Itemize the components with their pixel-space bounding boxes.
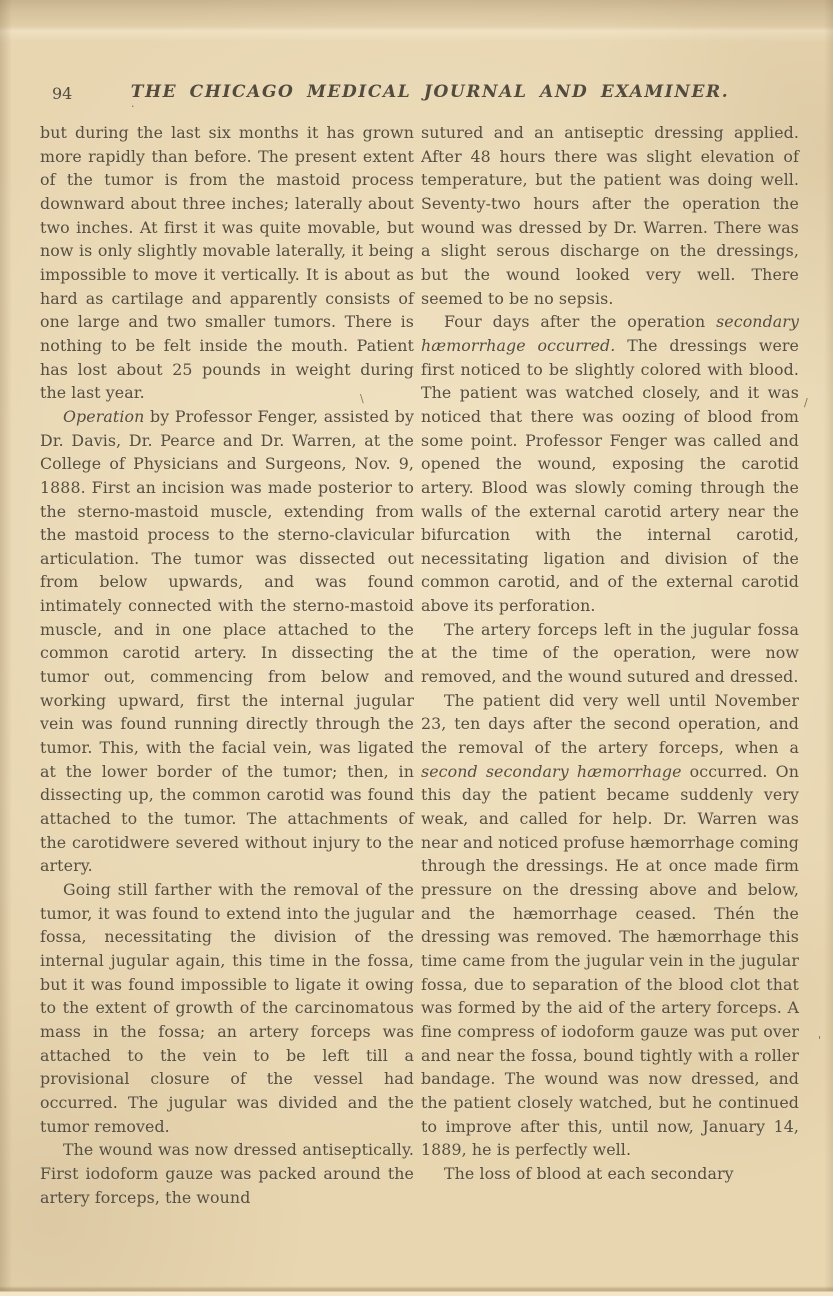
page-header: 94 THE CHICAGO MEDICAL JOURNAL AND EXAMI… bbox=[0, 82, 833, 108]
italic-text: second secondary hæmorrhage bbox=[421, 762, 682, 781]
text-column-right: sutured and an antiseptic dressing appli… bbox=[421, 121, 799, 1186]
body-text: The patient did very well until November… bbox=[421, 691, 799, 757]
scan-edge-bottom bbox=[0, 1284, 833, 1296]
body-text: The loss of blood at each secondary bbox=[444, 1164, 734, 1183]
paragraph: Going still farther with the removal of … bbox=[40, 878, 414, 1138]
body-text: sutured and an antiseptic dressing appli… bbox=[421, 123, 799, 308]
paragraph: Four days after the operation secondary … bbox=[421, 310, 799, 618]
body-text: by Professor Fenger, assisted by Dr. Dav… bbox=[40, 407, 414, 875]
paragraph: The loss of blood at each secondary bbox=[421, 1162, 799, 1186]
body-text: occurred. On this day the patient became… bbox=[421, 762, 799, 1160]
paragraph: The artery forceps left in the jugular f… bbox=[421, 618, 799, 689]
italic-text: Operation bbox=[63, 407, 144, 426]
paragraph: but during the last six months it has gr… bbox=[40, 121, 414, 405]
text-column-left: but during the last six months it has gr… bbox=[40, 121, 414, 1209]
body-text: The wound was now dressed antiseptically… bbox=[40, 1140, 414, 1206]
page-number: 94 bbox=[52, 84, 72, 103]
body-text: The artery forceps left in the jugular f… bbox=[421, 620, 799, 686]
body-text: Four days after the operation bbox=[444, 312, 716, 331]
paragraph: sutured and an antiseptic dressing appli… bbox=[421, 121, 799, 310]
scan-edge-right bbox=[824, 0, 833, 1296]
body-text: but during the last six months it has gr… bbox=[40, 123, 414, 402]
body-text: The dressings were first noticed to be s… bbox=[421, 336, 799, 615]
journal-title: THE CHICAGO MEDICAL JOURNAL AND EXAMINER… bbox=[130, 82, 730, 102]
paragraph: Operation by Professor Fenger, assisted … bbox=[40, 405, 414, 878]
scan-edge-left bbox=[0, 0, 12, 1296]
scanned-journal-page: 94 THE CHICAGO MEDICAL JOURNAL AND EXAMI… bbox=[0, 0, 833, 1296]
body-text: Going still farther with the removal of … bbox=[40, 880, 414, 1136]
paragraph: The patient did very well until November… bbox=[421, 689, 799, 1162]
paragraph: The wound was now dressed antiseptically… bbox=[40, 1138, 414, 1209]
